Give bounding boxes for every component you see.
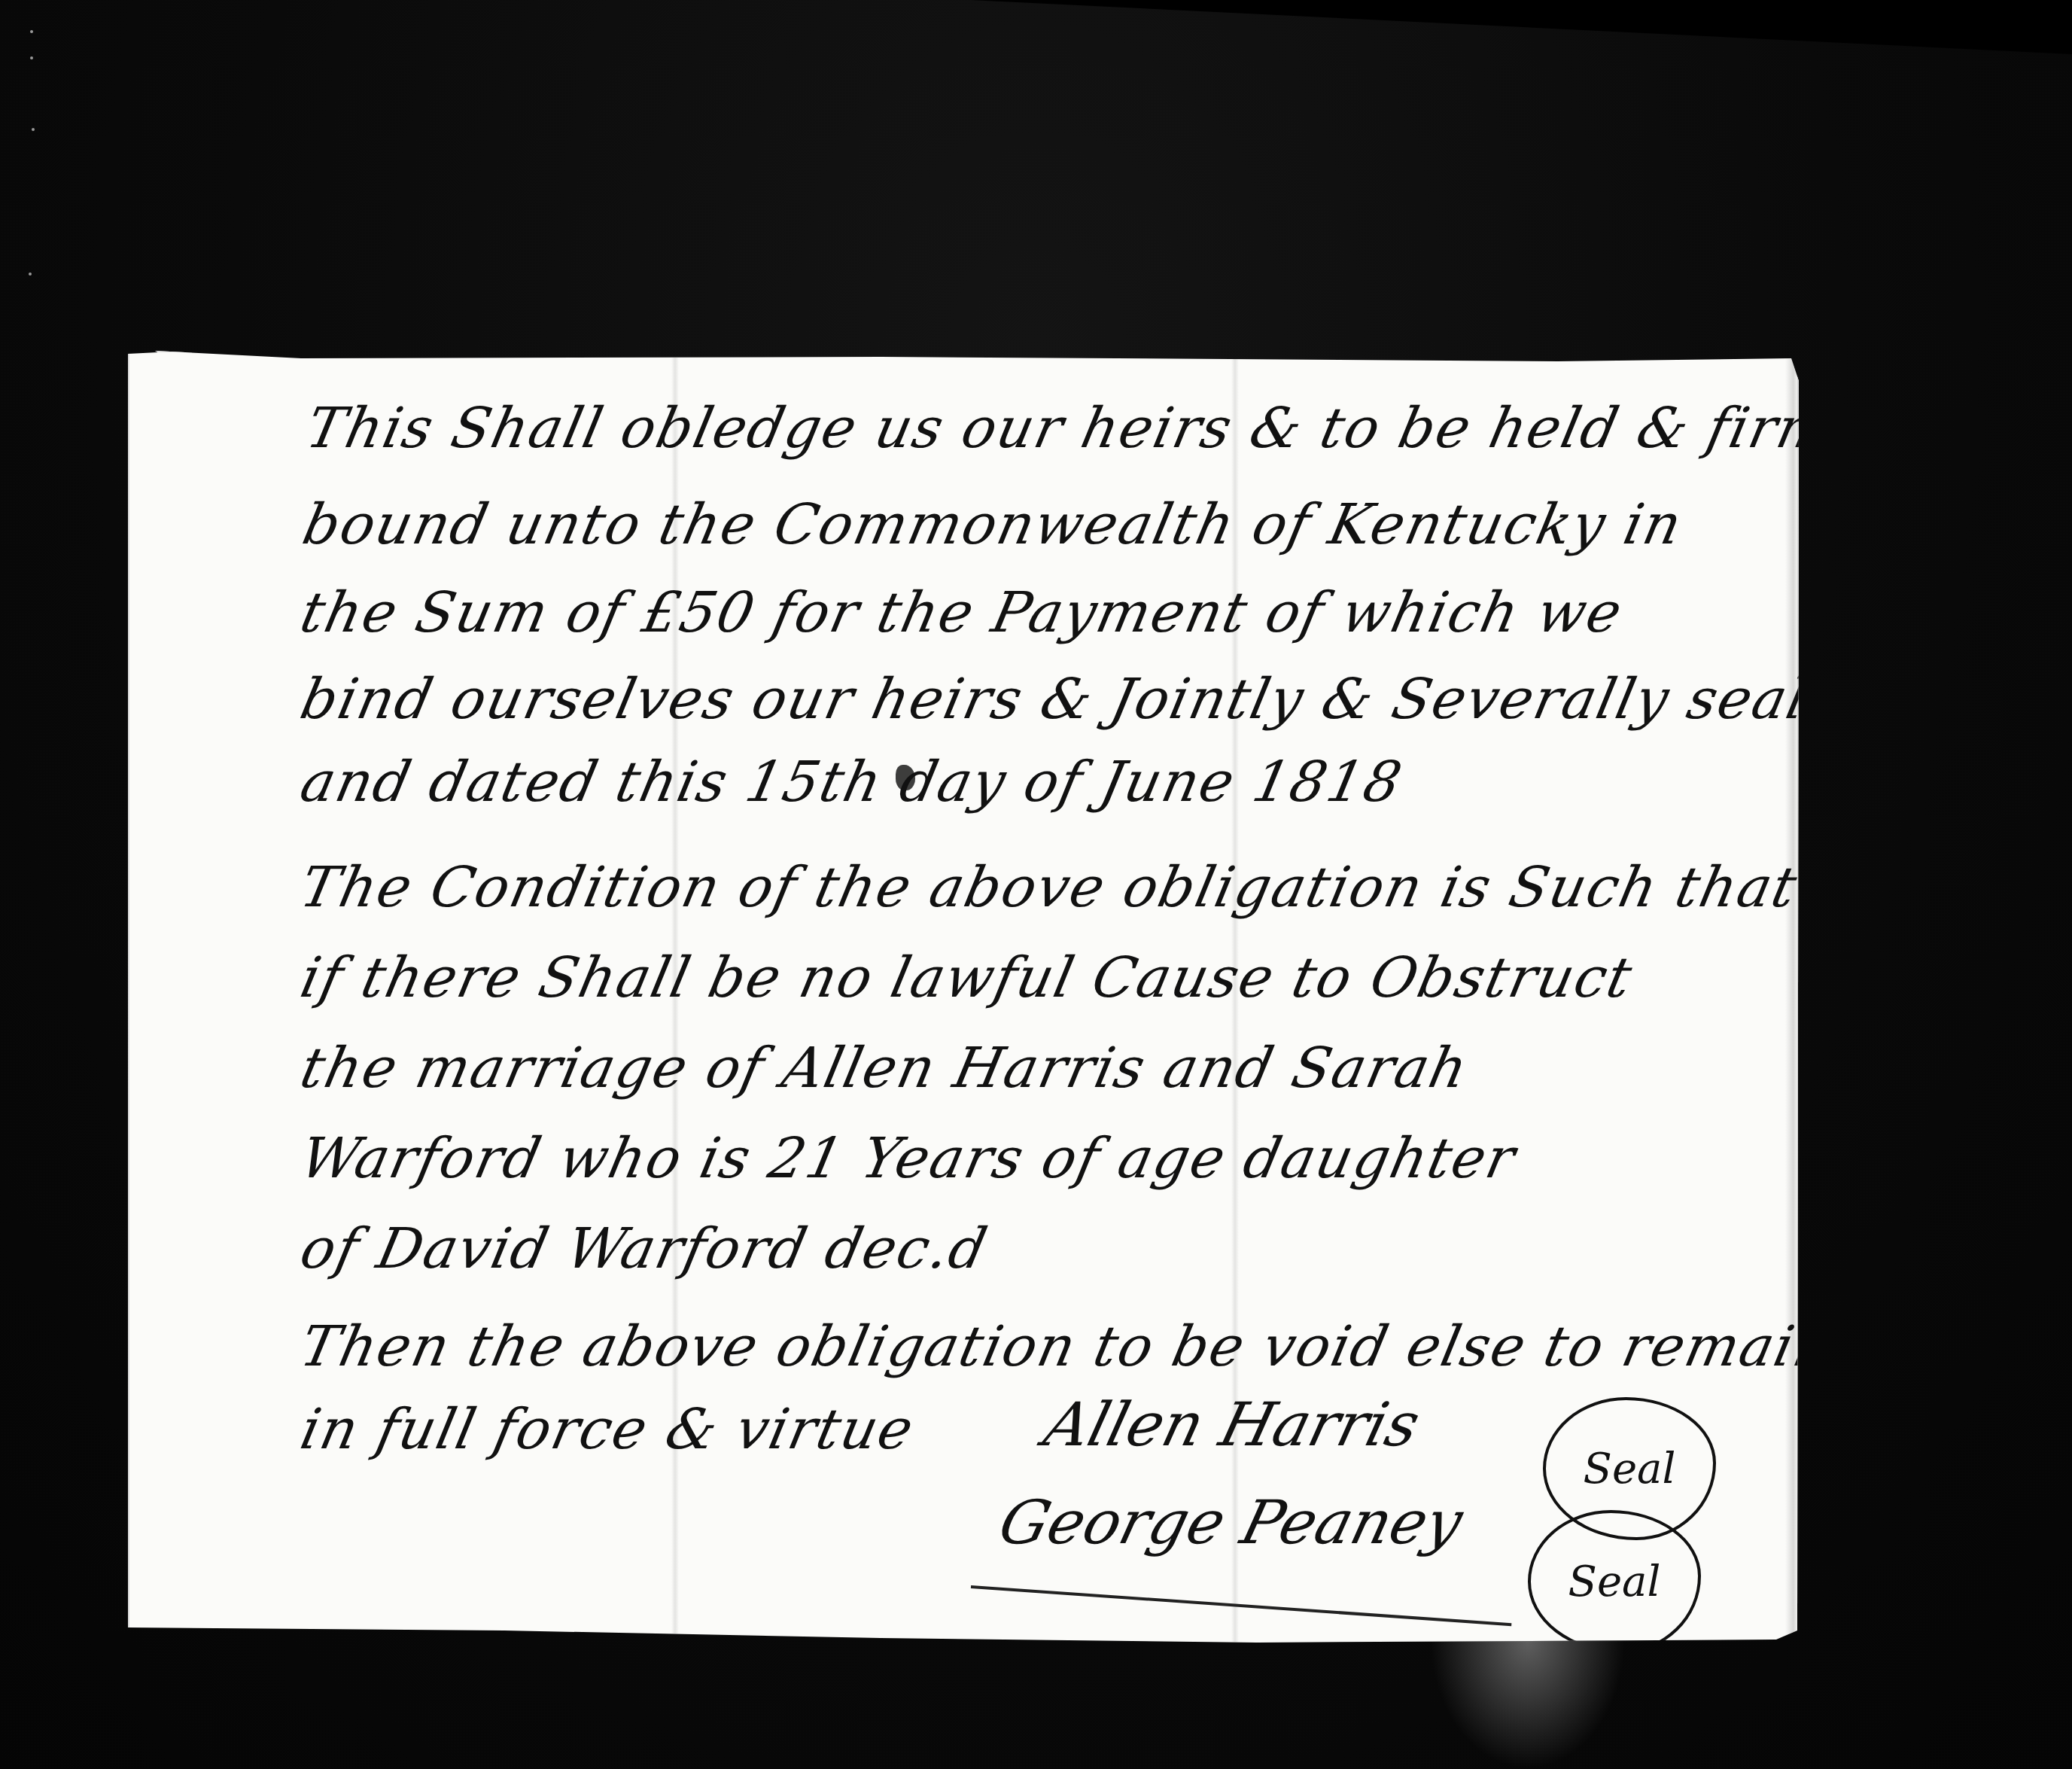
condition-text-line-3: the marriage of Allen Harris and Sarah (295, 1036, 1474, 1101)
condition-text-line-4: Warford who is 21 Years of age daughter (295, 1126, 1522, 1191)
bond-text-line-2: bound unto the Commonwealth of Kentucky … (297, 492, 1688, 557)
signature-allen-harris: Allen Harris (1037, 1390, 1426, 1460)
bond-text-line-3: the Sum of £50 for the Payment of which … (295, 580, 1629, 645)
dust-speck (30, 56, 33, 59)
bond-text-line-5: and dated this 15th day of June 1818 (295, 750, 1408, 814)
dust-speck (30, 30, 33, 33)
paper-edge (1785, 351, 1799, 1646)
seal-label: Seal (1584, 1445, 1676, 1493)
dust-speck (29, 273, 32, 276)
signature-george-peaney: George Peaney (992, 1487, 1469, 1557)
seal-mark: Seal (1528, 1510, 1701, 1653)
scan-smudge (1430, 1641, 1626, 1769)
bond-text-line-1: This Shall obledge us our heirs & to be … (301, 396, 1891, 461)
dust-speck (32, 128, 35, 131)
seal-label: Seal (1568, 1557, 1661, 1606)
signature-flourish-line (971, 1585, 1512, 1626)
closing-text-line-1: Then the above obligation to be void els… (295, 1314, 1839, 1379)
closing-text-line-2: in full force & virtue (295, 1397, 920, 1462)
document-paper: This Shall obledge us our heirs & to be … (128, 351, 1799, 1646)
condition-text-line-1: The Condition of the above obligation is… (295, 855, 1803, 920)
condition-text-line-5: of David Warford dec.d (295, 1216, 993, 1281)
condition-text-line-2: if there Shall be no lawful Cause to Obs… (295, 945, 1638, 1010)
bond-text-line-4: bind ourselves our heirs & Jointly & Sev… (295, 667, 1885, 732)
